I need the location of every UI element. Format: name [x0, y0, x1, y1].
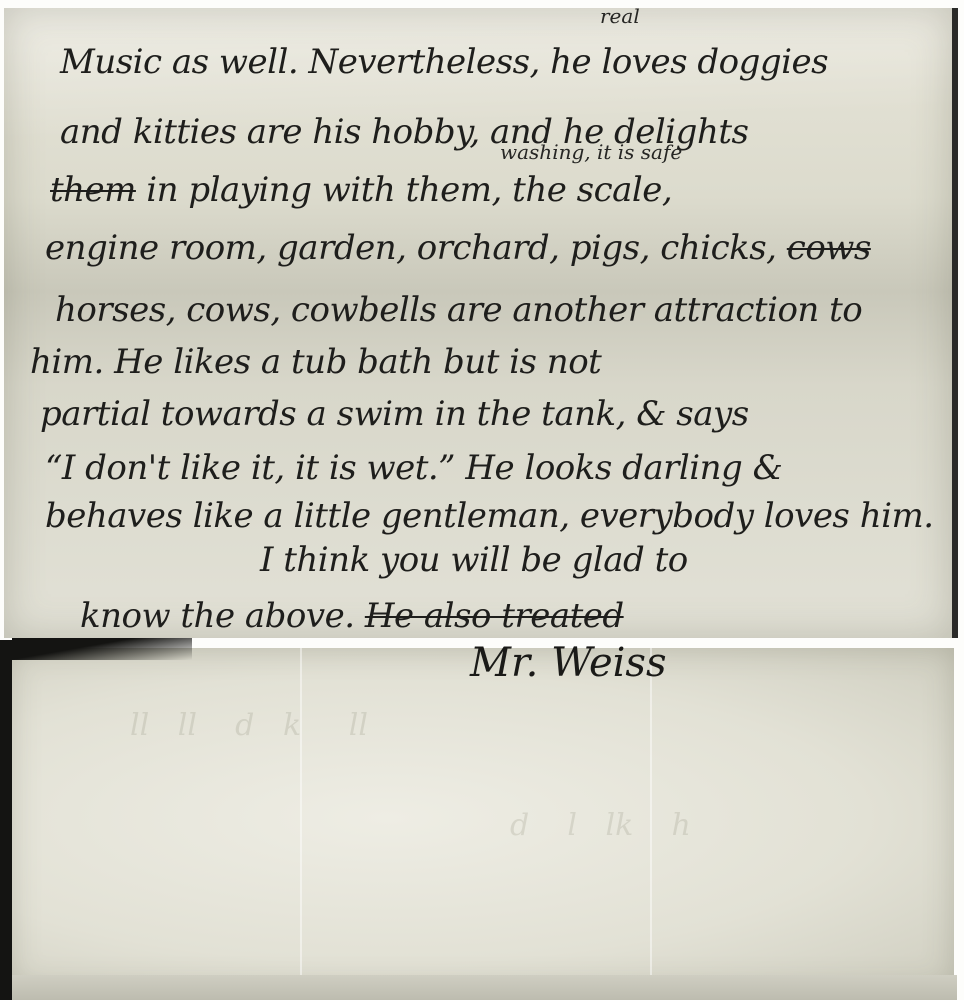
- letter-lower-fold: ll ll d k ll d l lk h: [10, 648, 954, 988]
- scanned-letter: ll ll d k ll d l lk h real Music as well…: [0, 0, 964, 1000]
- struck-phrase: He also treated: [365, 596, 624, 636]
- letter-line: him. He likes a tub bath but is not: [30, 342, 601, 382]
- letter-line: Music as well. Nevertheless, he loves do…: [60, 42, 828, 82]
- line-text: engine room, garden, orchard, pigs, chic…: [45, 228, 776, 268]
- line-text: know the above.: [80, 596, 355, 636]
- inserted-word: real: [600, 4, 640, 28]
- bleed-through-text: ll ll d k ll: [130, 708, 368, 743]
- letter-line: them in playing with them, the scale,: [50, 170, 672, 210]
- scan-border: [0, 640, 12, 1000]
- letter-line: I think you will be glad to: [260, 540, 688, 580]
- inserted-phrase: washing, it is safe: [500, 140, 682, 164]
- line-text: in playing with them, the scale,: [146, 170, 672, 210]
- letter-line: behaves like a little gentleman, everybo…: [45, 496, 934, 536]
- struck-word: them: [50, 170, 136, 210]
- signature: Mr. Weiss: [470, 640, 666, 686]
- fold-shadow: [12, 638, 192, 660]
- bleed-through-text: d l lk h: [510, 808, 691, 843]
- letter-line: know the above. He also treated: [80, 596, 624, 636]
- letter-line: horses, cows, cowbells are another attra…: [55, 290, 862, 330]
- letter-line: partial towards a swim in the tank, & sa…: [40, 394, 749, 434]
- fold-crease: [300, 648, 302, 988]
- letter-line: engine room, garden, orchard, pigs, chic…: [45, 228, 871, 268]
- struck-word: cows: [787, 228, 871, 268]
- paper-edge: [12, 975, 957, 1000]
- letter-line: “I don't like it, it is wet.” He looks d…: [45, 448, 782, 488]
